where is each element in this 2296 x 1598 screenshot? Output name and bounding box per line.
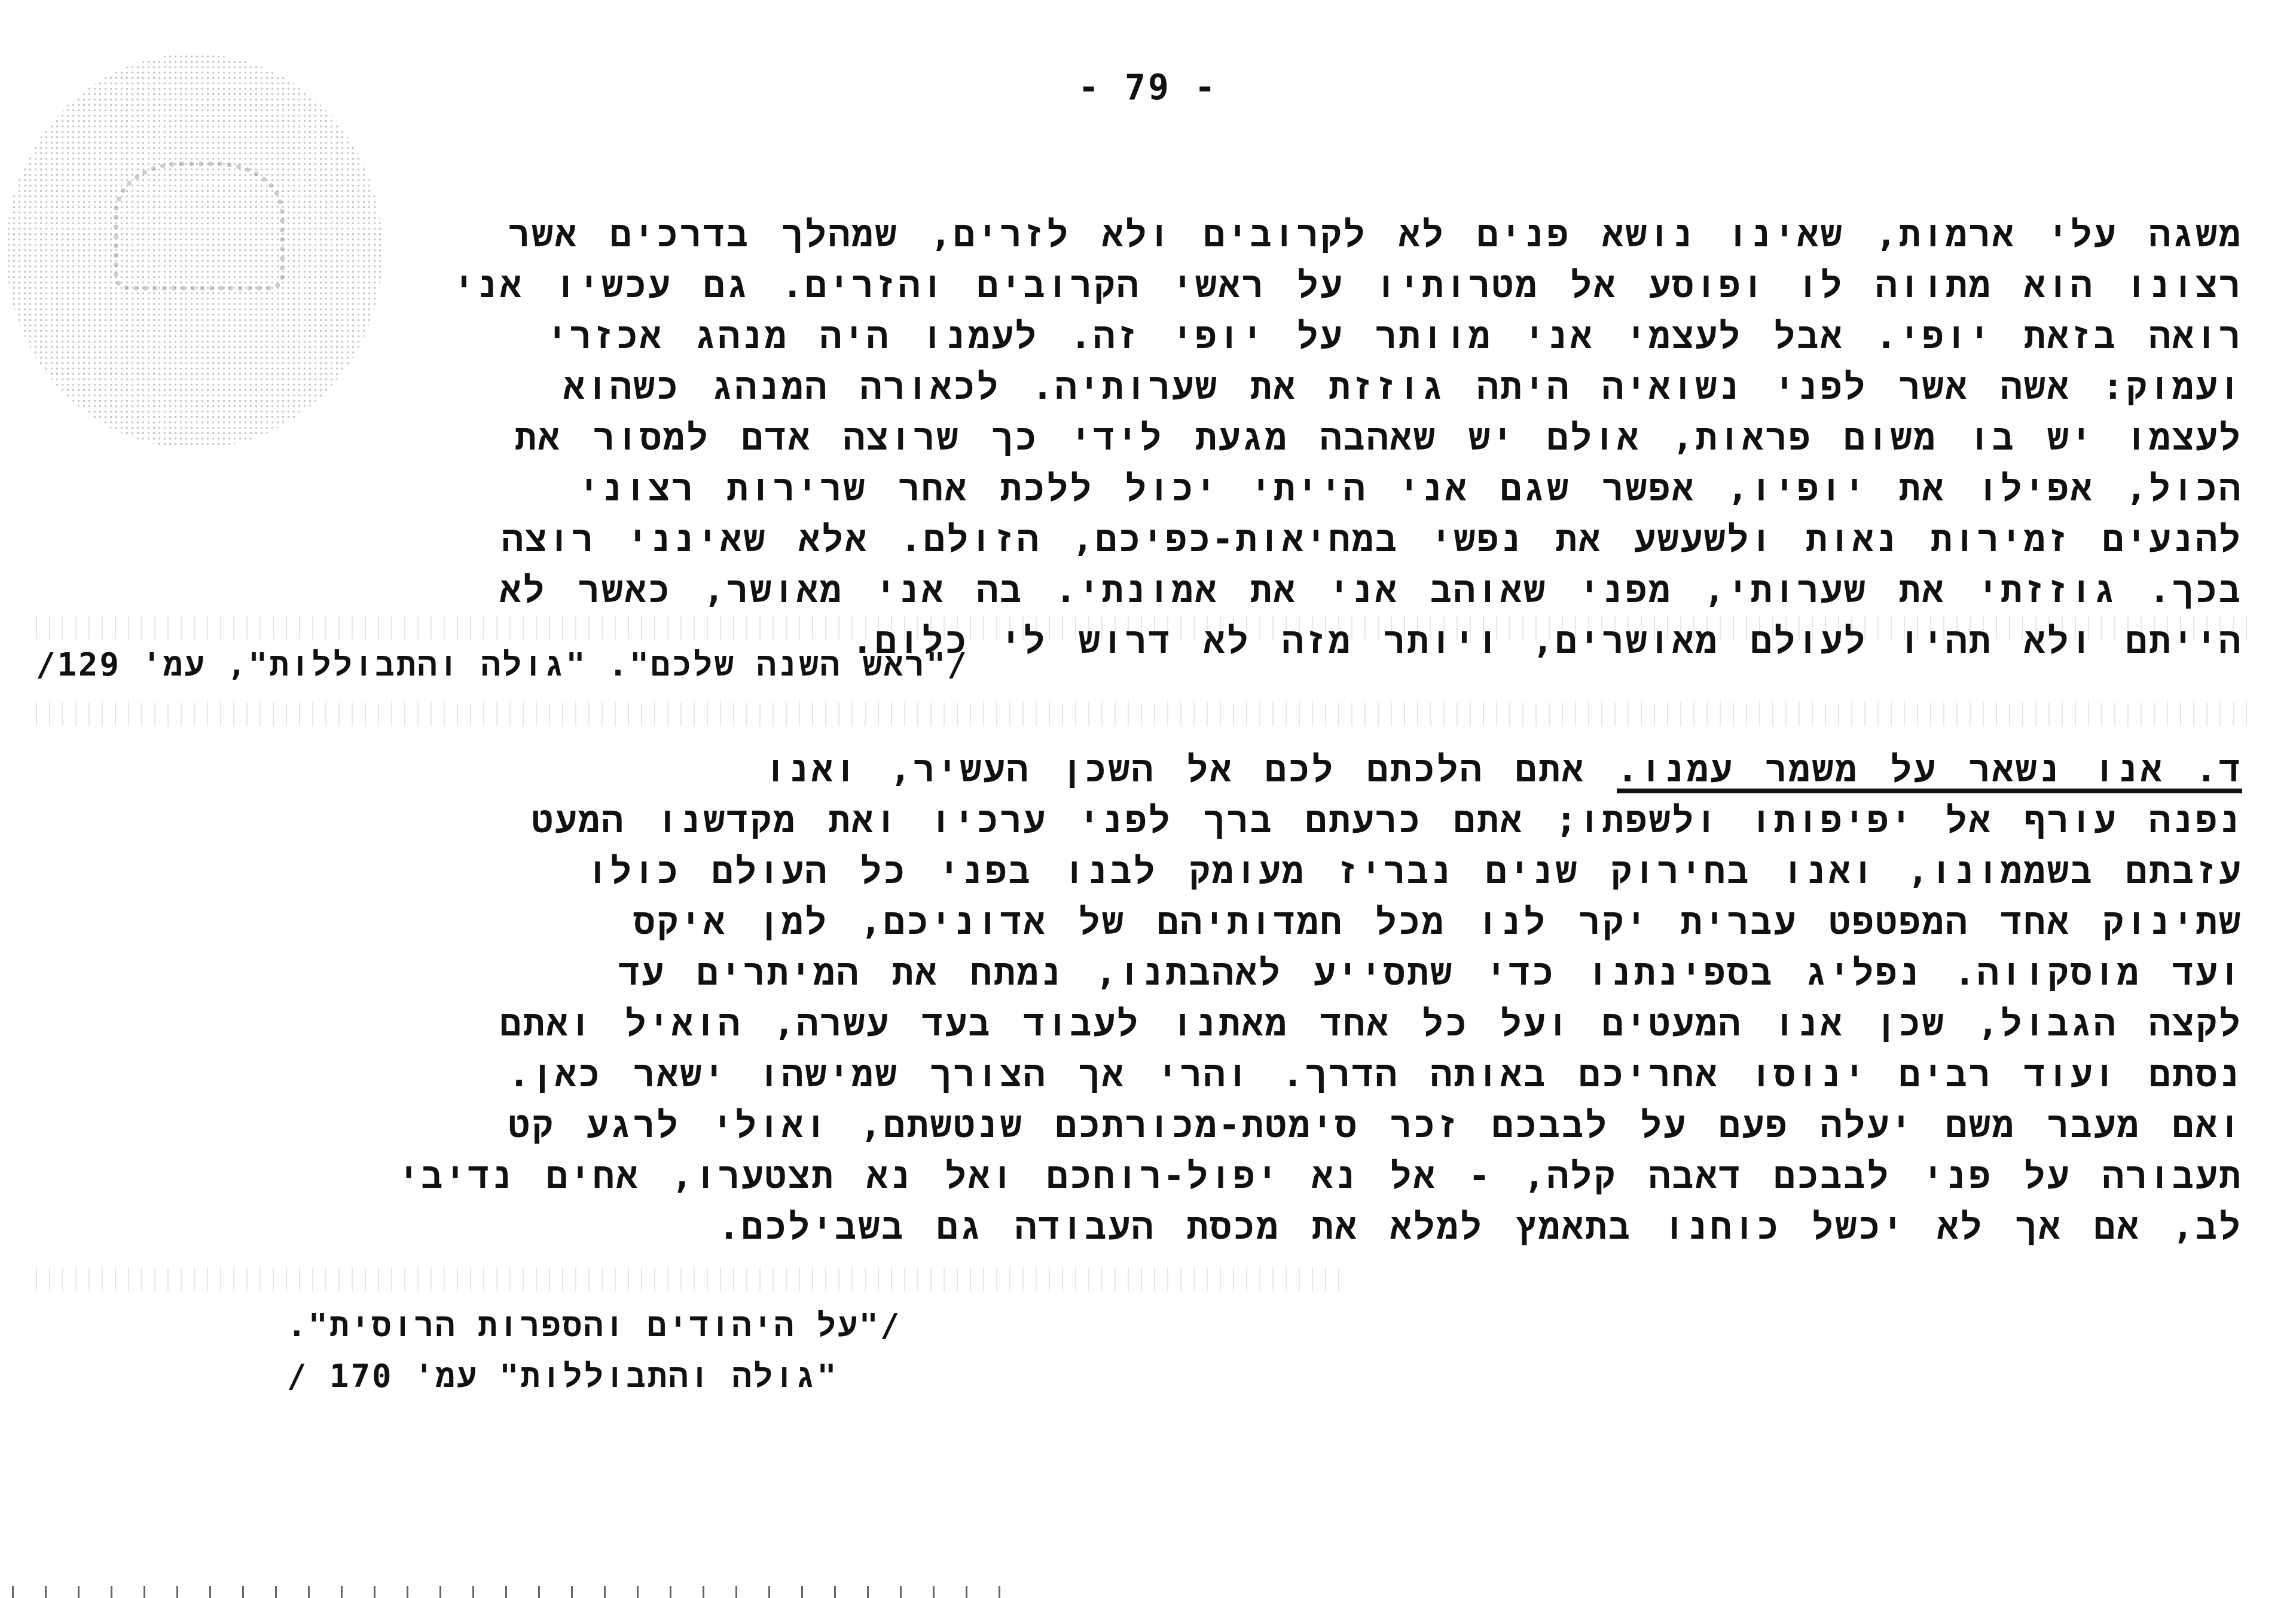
text-line: ואם מעבר משם יעלה פעם על לבבכם זכר סימטת… [30, 1100, 2242, 1151]
text-line: להנעים זמירות נאות ולשעשע את נפשי במחיאו… [30, 514, 2242, 565]
paragraph-1: משגה עלי ארמות, שאינו נושא פנים לא לקרוב… [30, 209, 2242, 667]
text-line: ד. אנו נשאר על משמר עמנו. אתם הלכתם לכם … [30, 744, 2242, 795]
paragraph-2: ד. אנו נשאר על משמר עמנו. אתם הלכתם לכם … [30, 744, 2242, 1252]
text-line: שתינוק אחד המפטפט עברית יקר לנו מכל חמדו… [30, 897, 2242, 948]
scan-noise [36, 1267, 1351, 1291]
text-line: משגה עלי ארמות, שאינו נושא פנים לא לקרוב… [30, 209, 2242, 260]
text-line: הכול, אפילו את יופיו, אפשר שגם אני הייתי… [30, 463, 2242, 514]
scan-noise [36, 702, 2248, 726]
scanned-page: - 79 - משגה עלי ארמות, שאינו נושא פנים ל… [0, 0, 2296, 1598]
text-line: רואה בזאת יופי. אבל לעצמי אני מוותר על י… [30, 311, 2242, 362]
page-number: - 79 - [0, 67, 2296, 108]
citation-2-line-1: /"על היהודים והספרות הרוסית". [287, 1306, 902, 1346]
scan-edge-marks [12, 1586, 1028, 1598]
text-line: ועמוק: אשה אשר לפני נשואיה היתה גוזזת את… [30, 362, 2242, 413]
text-line: נסתם ועוד רבים ינוסו אחריכם באותה הדרך. … [30, 1049, 2242, 1100]
text-line: לב, אם אך לא יכשל כוחנו בתאמץ למלא את מכ… [30, 1202, 2242, 1252]
text-line: בכך. גוזזתי את שערותי, מפני שאוהב אני את… [30, 565, 2242, 616]
text-line: תעבורה על פני לבבכם דאבה קלה, - אל נא יפ… [30, 1151, 2242, 1202]
text-line: נפנה עורף אל יפיפותו ולשפתו; אתם כרעתם ב… [30, 795, 2242, 846]
citation-1: /"ראש השנה שלכם". "גולה והתבוללות", עמ' … [36, 646, 969, 686]
text-line: עזבתם בשממונו, ואנו בחירוק שנים נבריז מע… [30, 846, 2242, 897]
text-line: רצונו הוא מתווה לו ופוסע אל מטרותיו על ר… [30, 260, 2242, 311]
text-line: ועד מוסקווה. נפליג בספינתנו כדי שתסייע ל… [30, 948, 2242, 998]
citation-2-line-2: "גולה והתבוללות" עמ' 170 / [287, 1357, 838, 1397]
scan-noise [36, 616, 2248, 640]
section-heading: ד. אנו נשאר על משמר עמנו. [1617, 748, 2242, 790]
text-line: לעצמו יש בו משום פראות, אולם יש שאהבה מג… [30, 413, 2242, 463]
text-line: לקצה הגבול, שכן אנו המעטים ועל כל אחד מא… [30, 998, 2242, 1049]
